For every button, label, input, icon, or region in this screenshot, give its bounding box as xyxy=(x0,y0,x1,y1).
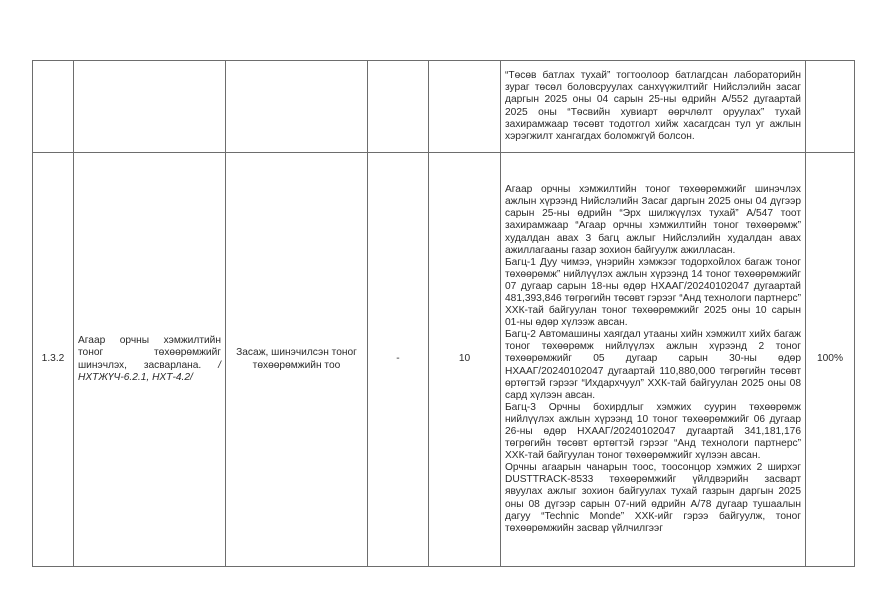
progress-paragraph: Багц-3 Орчны бохирдлыг хэмжих суурин төх… xyxy=(505,402,801,462)
baseline-cell xyxy=(368,61,429,153)
progress-paragraph: Багц-1 Дуу чимээ, үнэрийн хэмжээг тодорх… xyxy=(505,257,801,330)
percent-cell: 100% xyxy=(806,153,855,567)
task-cell xyxy=(74,61,226,153)
indicator-cell xyxy=(226,61,368,153)
target-cell xyxy=(429,61,501,153)
percent-cell xyxy=(806,61,855,153)
task-cell: Агаар орчны хэмжилтийн тоног төхөөрөмжий… xyxy=(74,153,226,567)
target-cell: 10 xyxy=(429,153,501,567)
progress-paragraph: “Төсөв батлах тухай” тогтоолоор батлагдс… xyxy=(505,70,801,143)
progress-paragraph: Агаар орчны хэмжилтийн тоног төхөөрөмжий… xyxy=(505,184,801,257)
progress-cell: “Төсөв батлах тухай” тогтоолоор батлагдс… xyxy=(501,61,806,153)
row-number-cell xyxy=(33,61,74,153)
table-row: 1.3.2 Агаар орчны хэмжилтийн тоног төхөө… xyxy=(33,153,855,567)
progress-report-table: “Төсөв батлах тухай” тогтоолоор батлагдс… xyxy=(32,60,855,567)
task-text: Агаар орчны хэмжилтийн тоног төхөөрөмжий… xyxy=(78,335,221,370)
indicator-cell: Засаж, шинэчилсэн тоног төхөөрөмжийн тоо xyxy=(226,153,368,567)
row-number-cell: 1.3.2 xyxy=(33,153,74,567)
baseline-cell: - xyxy=(368,153,429,567)
progress-paragraph: Багц-2 Автомашины хаягдал утааны хийн хэ… xyxy=(505,329,801,402)
document-page: “Төсөв батлах тухай” тогтоолоор батлагдс… xyxy=(0,0,884,603)
table-row: “Төсөв батлах тухай” тогтоолоор батлагдс… xyxy=(33,61,855,153)
progress-cell: Агаар орчны хэмжилтийн тоног төхөөрөмжий… xyxy=(501,153,806,567)
progress-paragraph: Орчны агаарын чанарын тоос, тоосонцор хэ… xyxy=(505,462,801,535)
